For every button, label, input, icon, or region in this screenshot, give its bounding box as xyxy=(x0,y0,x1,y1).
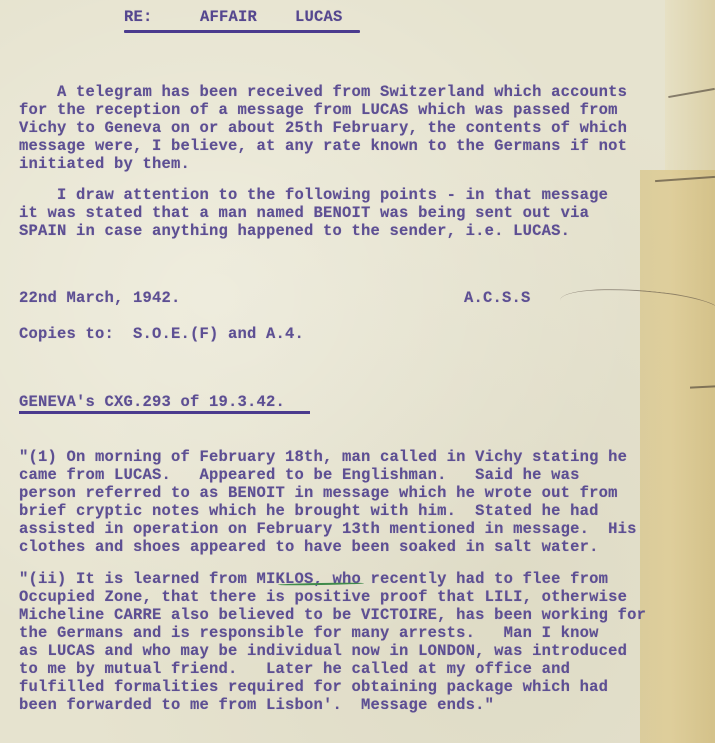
quote-2-line: the Germans and is responsible for many … xyxy=(19,625,599,643)
quote-2-line: to me by mutual friend. Later he called … xyxy=(19,661,570,679)
quote-1-line: assisted in operation on February 13th m… xyxy=(19,521,637,539)
quote-2-line: fulfilled formalities required for obtai… xyxy=(19,679,608,697)
paragraph-1-line: message were, I believe, at any rate kno… xyxy=(19,138,627,156)
document-title: RE: AFFAIR LUCAS xyxy=(124,9,343,27)
paragraph-1-line: A telegram has been received from Switze… xyxy=(19,84,627,102)
quote-2-line: as LUCAS and who may be individual now i… xyxy=(19,643,627,661)
quote-1-line: person referred to as BENOIT in message … xyxy=(19,485,618,503)
document-date: 22nd March, 1942. xyxy=(19,290,181,308)
quote-1-line: "(1) On morning of February 18th, man ca… xyxy=(19,449,627,467)
section-heading: GENEVA's CXG.293 of 19.3.42. xyxy=(19,394,285,412)
paragraph-2-line: I draw attention to the following points… xyxy=(19,187,608,205)
title-underline xyxy=(124,30,360,33)
quote-2-line: Occupied Zone, that there is positive pr… xyxy=(19,589,627,607)
paragraph-2-line: SPAIN in case anything happened to the s… xyxy=(19,223,570,241)
paragraph-2-line: it was stated that a man named BENOIT wa… xyxy=(19,205,589,223)
quote-2-line: "(ii) It is learned from MIKLOS, who rec… xyxy=(19,571,608,589)
copies-to: Copies to: S.O.E.(F) and A.4. xyxy=(19,326,304,344)
quote-2-line: been forwarded to me from Lisbon'. Messa… xyxy=(19,697,494,715)
document-signature: A.C.S.S xyxy=(464,290,531,308)
paragraph-1-line: for the reception of a message from LUCA… xyxy=(19,102,618,120)
quote-1-line: came from LUCAS. Appeared to be Englishm… xyxy=(19,467,580,485)
paragraph-1-line: Vichy to Geneva on or about 25th Februar… xyxy=(19,120,627,138)
section-heading-underline xyxy=(19,411,310,414)
paragraph-1-line: initiated by them. xyxy=(19,156,190,174)
quote-1-line: clothes and shoes appeared to have been … xyxy=(19,539,599,557)
quote-1-line: brief cryptic notes which he brought wit… xyxy=(19,503,599,521)
typed-document: RE: AFFAIR LUCAS A telegram has been rec… xyxy=(0,0,715,743)
quote-2-line: Micheline CARRE also believed to be VICT… xyxy=(19,607,646,625)
